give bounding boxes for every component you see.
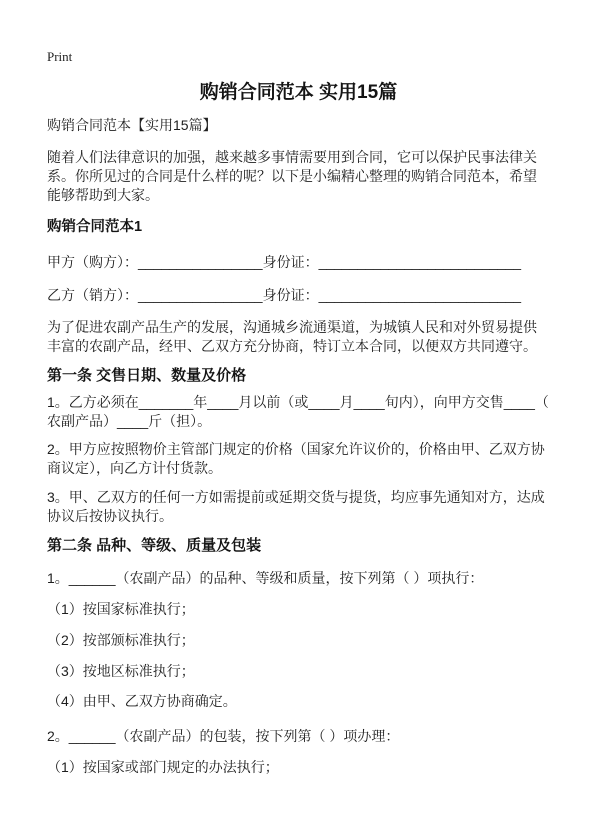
page-title: 购销合同范本 实用15篇 bbox=[47, 80, 550, 106]
sample1-heading: 购销合同范本1 bbox=[47, 218, 550, 237]
document-page: Print 购销合同范本 实用15篇 购销合同范本【实用15篇】 随着人们法律意… bbox=[0, 0, 600, 828]
party-a-line: 甲方（购方）：________________身份证：_____________… bbox=[47, 253, 550, 272]
article2-clause-1-option-1: （1）按国家标准执行； bbox=[47, 600, 550, 619]
intro-paragraph: 随着人们法律意识的加强，越来越多事情需要用到合同，它可以保护民事法律关系。你所见… bbox=[47, 148, 550, 205]
article2-clause-2-option-1: （1）按国家或部门规定的办法执行； bbox=[47, 758, 550, 777]
print-button[interactable]: Print bbox=[47, 49, 72, 65]
article2-clause-1-option-4: （4）由甲、乙双方协商确定。 bbox=[47, 692, 550, 711]
article2-clause-1-option-3: （3）按地区标准执行； bbox=[47, 662, 550, 681]
article1-clause-3: 3。甲、乙双方的任何一方如需提前或延期交货与提货，均应事先通知对方，达成协议后按… bbox=[47, 488, 550, 526]
doc-subtitle: 购销合同范本【实用15篇】 bbox=[47, 116, 550, 135]
article2-heading: 第二条 品种、等级、质量及包装 bbox=[47, 536, 550, 555]
article1-clause-2: 2。甲方应按照物价主管部门规定的价格（国家允许议价的，价格由甲、乙双方协商议定）… bbox=[47, 440, 550, 478]
article2-clause-1-option-2: （2）按部颁标准执行； bbox=[47, 631, 550, 650]
article1-heading: 第一条 交售日期、数量及价格 bbox=[47, 366, 550, 385]
party-b-line: 乙方（销方）：________________身份证：_____________… bbox=[47, 286, 550, 305]
article1-clause-1: 1。乙方必须在_______年____月以前（或____月____旬内），向甲方… bbox=[47, 393, 550, 431]
article2-clause-2: 2。______（农副产品）的包装，按下列第（ ）项办理： bbox=[47, 727, 550, 746]
article2-clause-1: 1。______（农副产品）的品种、等级和质量，按下列第（ ）项执行： bbox=[47, 569, 550, 588]
preamble-paragraph: 为了促进农副产品生产的发展，沟通城乡流通渠道，为城镇人民和对外贸易提供丰富的农副… bbox=[47, 318, 550, 356]
